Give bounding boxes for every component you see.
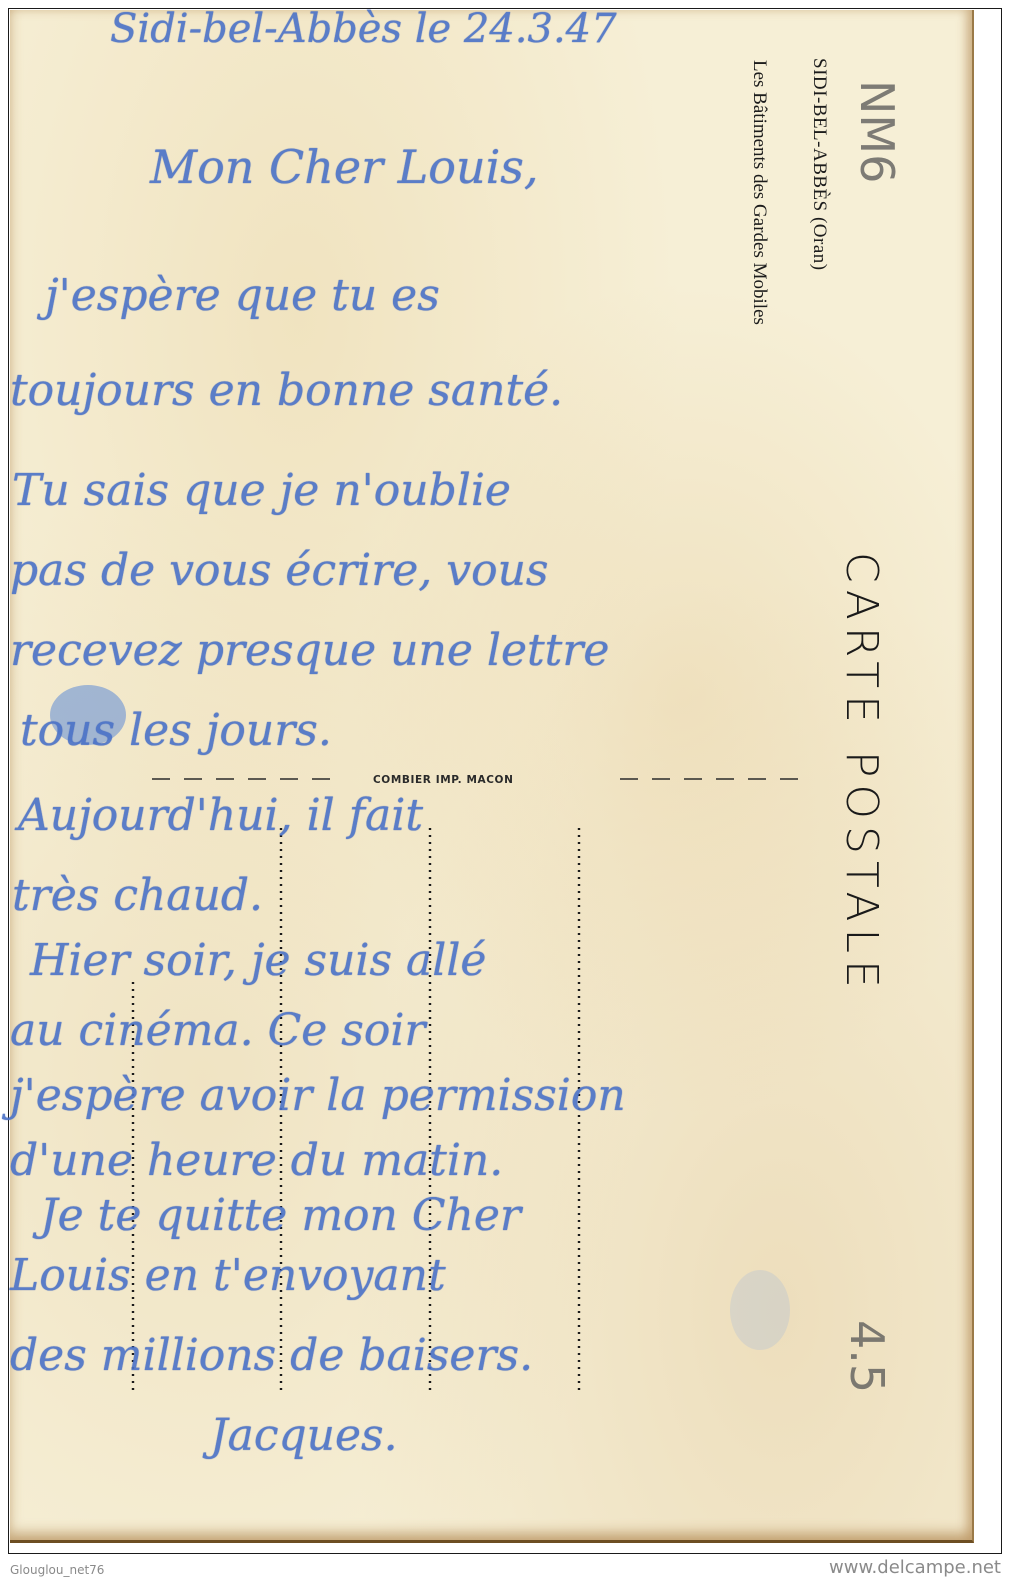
ink-smudge — [730, 1270, 790, 1350]
caption-subtitle: Les Bâtiments des Gardes Mobiles — [748, 60, 770, 325]
handwritten-line: pas de vous écrire, vous — [10, 545, 549, 596]
seller-watermark: Glouglou_net76 — [10, 1563, 104, 1577]
handwritten-line: recevez presque une lettre — [10, 625, 609, 676]
handwritten-line: tous les jours. — [20, 705, 332, 756]
pencil-mark-price: 4.5 — [840, 1320, 894, 1393]
handwritten-signature: Jacques. — [210, 1410, 398, 1461]
handwritten-line: j'espère que tu es — [45, 270, 440, 321]
handwritten-line: Hier soir, je suis allé — [30, 935, 486, 986]
handwritten-line: toujours en bonne santé. — [10, 365, 563, 416]
caption-title: SIDI-BEL-ABBÈS (Oran) — [808, 58, 830, 271]
handwritten-line: j'espère avoir la permission — [10, 1070, 626, 1121]
pencil-mark-reference: NM6 — [850, 80, 904, 183]
handwritten-line: Je te quitte mon Cher — [40, 1190, 521, 1241]
handwritten-line: des millions de baisers. — [10, 1330, 533, 1381]
handwritten-line: au cinéma. Ce soir — [10, 1005, 425, 1056]
handwritten-line: Aujourd'hui, il fait — [18, 790, 423, 841]
printer-imprint: COMBIER IMP. MACON — [373, 774, 513, 786]
handwritten-line: d'une heure du matin. — [10, 1135, 503, 1186]
site-watermark: www.delcampe.net — [829, 1557, 1001, 1578]
handwritten-line: Sidi-bel-Abbès le 24.3.47 — [110, 6, 617, 52]
handwritten-line: Louis en t'envoyant — [10, 1250, 446, 1301]
handwritten-line: Tu sais que je n'oublie — [12, 465, 511, 516]
handwritten-line: très chaud. — [12, 870, 263, 921]
carte-postale-label: CARTE POSTALE — [836, 552, 887, 995]
handwritten-line: Mon Cher Louis, — [150, 140, 539, 194]
